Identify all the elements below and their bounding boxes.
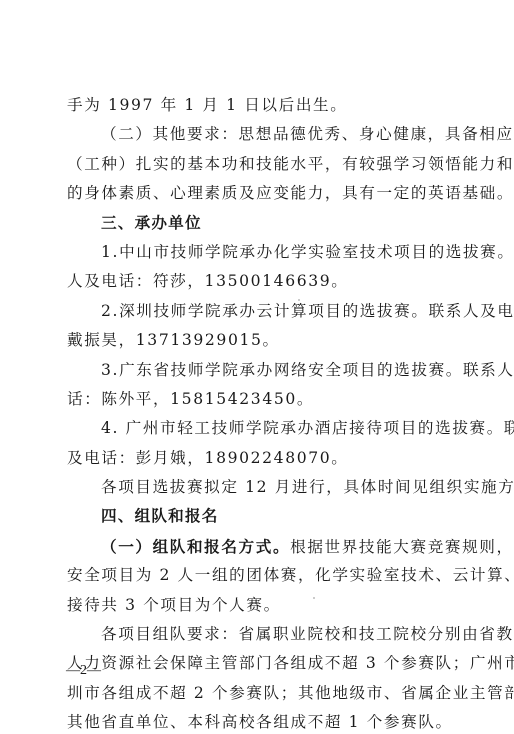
paragraph-line: 手为 1997 年 1 月 1 日以后出生。	[67, 91, 453, 120]
section-heading-team-registration: 四、组队和报名	[67, 502, 453, 531]
team-registration-method-line: （一）组队和报名方式。根据世界技能大赛竞赛规则，网络	[67, 532, 453, 561]
scan-speck	[313, 597, 315, 599]
paragraph-line: 接待共 3 个项目为个人赛。	[67, 591, 453, 620]
scan-speck	[298, 299, 300, 301]
document-body: 手为 1997 年 1 月 1 日以后出生。 （二）其他要求：思想品德优秀、身心…	[67, 91, 453, 734]
document-page: 手为 1997 年 1 月 1 日以后出生。 （二）其他要求：思想品德优秀、身心…	[0, 0, 514, 734]
organizer-item-2: 2.深圳技师学院承办云计算项目的选拔赛。联系人及电话：	[67, 297, 453, 326]
page-number: —2—	[66, 663, 101, 679]
organizer-item-3: 3.广东省技师学院承办网络安全项目的选拔赛。联系人及电	[67, 356, 453, 385]
organizer-item-3-contact: 话：陈外平，15815423450。	[67, 385, 453, 414]
paragraph-line: 安全项目为 2 人一组的团体赛，化学实验室技术、云计算、酒店	[67, 561, 453, 590]
other-requirements-line: （二）其他要求：思想品德优秀、身心健康，具备相应职业	[67, 120, 453, 149]
organizer-item-2-contact: 戴振昊，13713929015。	[67, 326, 453, 355]
subsection-title: （一）组队和报名方式。	[101, 537, 290, 556]
paragraph-line: 的身体素质、心理素质及应变能力，具有一定的英语基础。	[67, 179, 453, 208]
subsection-text: 根据世界技能大赛竞赛规则，网络	[290, 538, 514, 556]
schedule-note: 各项目选拔赛拟定 12 月进行，具体时间见组织实施方案。	[67, 473, 453, 502]
organizer-item-4-contact: 及电话：彭月娥，18902248070。	[67, 444, 453, 473]
organizer-item-1: 1.中山市技师学院承办化学实验室技术项目的选拔赛。联系	[67, 238, 453, 267]
paragraph-line: 圳市各组成不超 2 个参赛队；其他地级市、省属企业主管部门及	[67, 679, 453, 708]
paragraph-line: （工种）扎实的基本功和技能水平，有较强学习领悟能力和良好	[67, 150, 453, 179]
section-heading-organizers: 三、承办单位	[67, 209, 453, 238]
paragraph-line: 其他省直单位、本科高校各组成不超 1 个参赛队。	[67, 708, 453, 734]
paragraph-line: 人力资源社会保障主管部门各组成不超 3 个参赛队；广州市、深	[67, 649, 453, 678]
organizer-item-4: 4. 广州市轻工技师学院承办酒店接待项目的选拔赛。联系人	[67, 414, 453, 443]
organizer-item-1-contact: 人及电话：符莎，13500146639。	[67, 267, 453, 296]
team-requirements-line: 各项目组队要求：省属职业院校和技工院校分别由省教育、	[67, 620, 453, 649]
